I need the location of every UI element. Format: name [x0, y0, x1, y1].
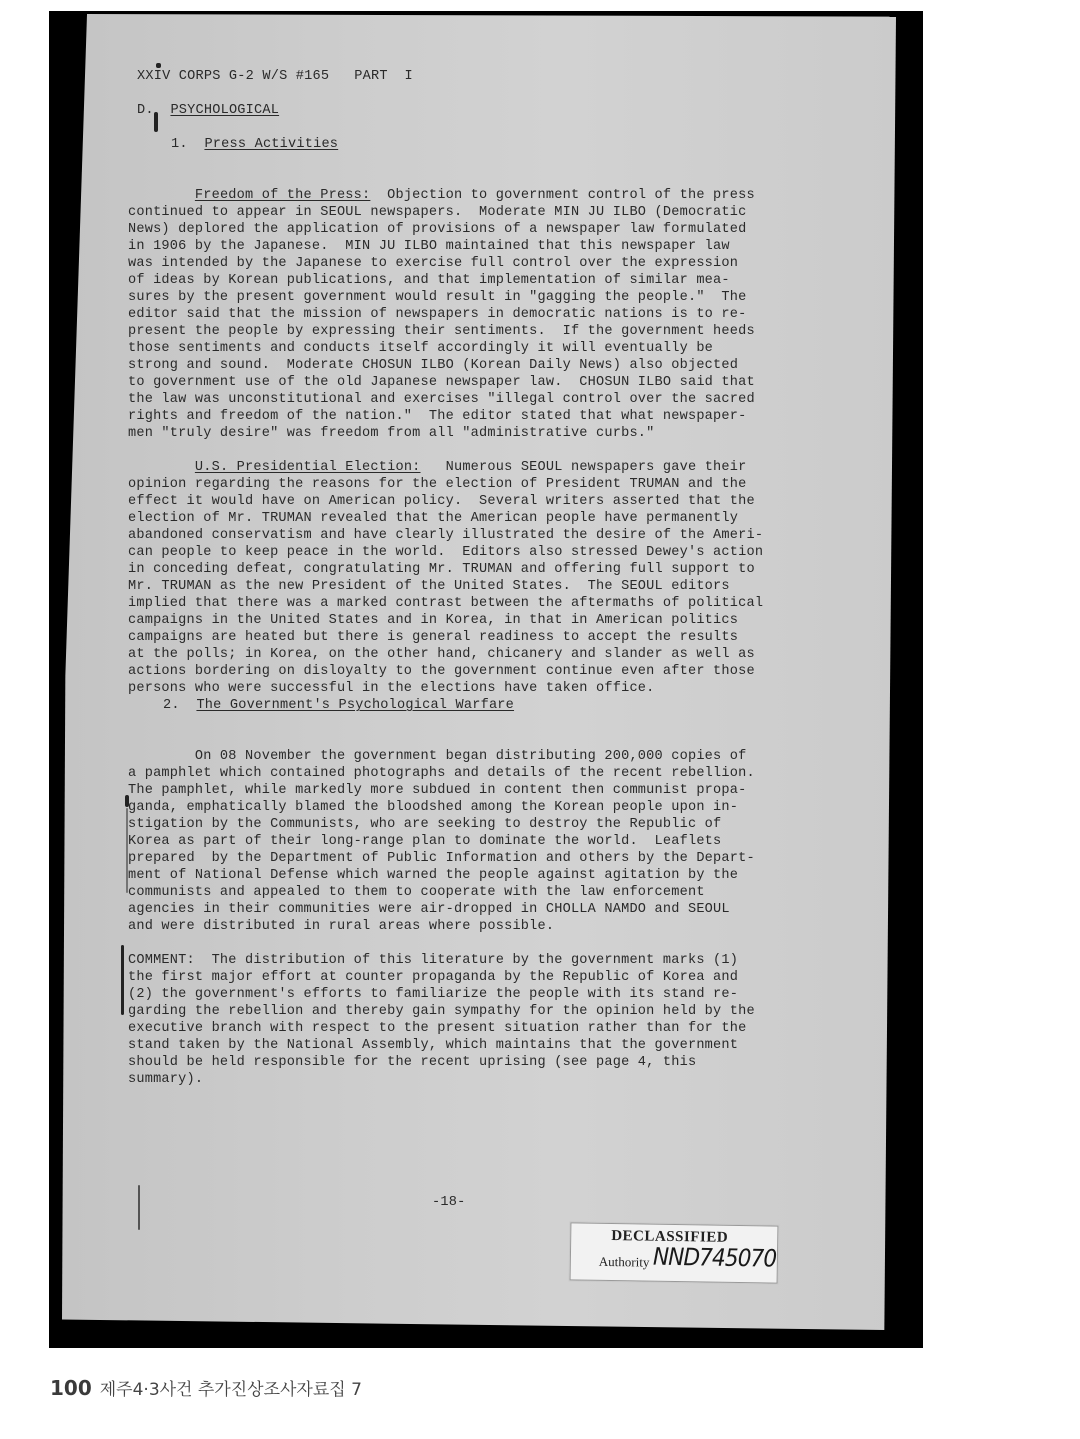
paragraph-line: The pamphlet, while markedly more subdue…: [128, 782, 755, 799]
paragraph-line: a pamphlet which contained photographs a…: [128, 765, 755, 782]
paragraph-line: Korea as part of their long-range plan t…: [128, 833, 755, 850]
declassified-stamp: DECLASSIFIED Authority NND745070: [570, 1222, 779, 1283]
margin-mark-bottom: [138, 1185, 140, 1230]
paragraph-line: to government use of the old Japanese ne…: [128, 374, 755, 391]
book-page-number: 100: [50, 1376, 92, 1400]
paragraph-line: at the polls; in Korea, on the other han…: [128, 646, 763, 663]
paragraph-line: in 1906 by the Japanese. MIN JU ILBO mai…: [128, 238, 755, 255]
section-label: D.: [137, 103, 154, 118]
paragraph-line: and were distributed in rural areas wher…: [128, 918, 755, 935]
paragraph-line: campaigns in the United States and in Ko…: [128, 612, 763, 629]
paragraph-line: the law was unconstitutional and exercis…: [128, 391, 755, 408]
paragraph-line: those sentiments and conducts itself acc…: [128, 340, 755, 357]
paragraph-line: implied that there was a marked contrast…: [128, 595, 763, 612]
paragraph-line: ganda, emphatically blamed the bloodshed…: [128, 799, 755, 816]
paragraph-line: garding the rebellion and thereby gain s…: [128, 1003, 755, 1020]
paragraph-line: can people to keep peace in the world. E…: [128, 544, 763, 561]
paragraph-line: executive branch with respect to the pre…: [128, 1020, 755, 1037]
margin-mark-lower: [121, 945, 124, 1015]
paragraph-line: persons who were successful in the elect…: [128, 680, 763, 697]
paragraph-line: rights and freedom of the nation." The e…: [128, 408, 755, 425]
paragraph-line: editor said that the mission of newspape…: [128, 306, 755, 323]
paragraph-line: sures by the present government would re…: [128, 289, 755, 306]
paragraph-psych-warfare: On 08 November the government began dist…: [128, 731, 755, 952]
paragraph-freedom-of-press: Freedom of the Press: Objection to gover…: [128, 170, 755, 459]
stamp-authority-label: Authority: [599, 1254, 650, 1271]
paragraph-line: communists and appealed to them to coope…: [128, 884, 755, 901]
paragraph-line: election of Mr. TRUMAN revealed that the…: [128, 510, 763, 527]
section-title: PSYCHOLOGICAL: [170, 103, 279, 118]
paragraph-line: was intended by the Japanese to exercise…: [128, 255, 755, 272]
paragraph-line: campaigns are heated but there is genera…: [128, 629, 763, 646]
paragraph-line: agencies in their communities were air-d…: [128, 901, 755, 918]
subsection-heading-2: 2. The Government's Psychological Warfar…: [163, 697, 514, 714]
paragraph-line: abandoned conservatism and have clearly …: [128, 527, 763, 544]
paragraph-line: stand taken by the National Assembly, wh…: [128, 1037, 755, 1054]
paragraph-line: the first major effort at counter propag…: [128, 969, 755, 986]
paragraph-line: effect it would have on American policy.…: [128, 493, 763, 510]
paragraph-line: actions bordering on disloyalty to the g…: [128, 663, 763, 680]
paragraph-line: COMMENT: The distribution of this litera…: [128, 952, 755, 969]
paragraph-line: Mr. TRUMAN as the new President of the U…: [128, 578, 763, 595]
paragraph-line: U.S. Presidential Election: Numerous SEO…: [128, 459, 763, 476]
stamp-authority-code: NND745070: [653, 1243, 777, 1273]
subsection-title: Press Activities: [204, 137, 338, 152]
section-heading: D. PSYCHOLOGICAL: [137, 102, 279, 119]
subsection-label: 2.: [163, 698, 180, 713]
book-title: 제주4·3사건 추가진상조사자료집 7: [100, 1380, 362, 1400]
paragraph-line: men "truly desire" was freedom from all …: [128, 425, 755, 442]
paragraph-line: in conceding defeat, congratulating Mr. …: [128, 561, 763, 578]
subsection-label: 1.: [171, 137, 188, 152]
book-footer: 100제주4·3사건 추가진상조사자료집 7: [50, 1375, 362, 1400]
paragraph-us-election: U.S. Presidential Election: Numerous SEO…: [128, 442, 763, 714]
paragraph-line: summary).: [128, 1071, 755, 1088]
paragraph-line: On 08 November the government began dist…: [128, 748, 755, 765]
paragraph-line: of ideas by Korean publications, and tha…: [128, 272, 755, 289]
paragraph-line: prepared by the Department of Public Inf…: [128, 850, 755, 867]
paragraph-line: Freedom of the Press: Objection to gover…: [128, 187, 755, 204]
paragraph-line: opinion regarding the reasons for the el…: [128, 476, 763, 493]
paragraph-line: present the people by expressing their s…: [128, 323, 755, 340]
paragraph-line: should be held responsible for the recen…: [128, 1054, 755, 1071]
paragraph-line: ment of National Defense which warned th…: [128, 867, 755, 884]
comment-paragraph: COMMENT: The distribution of this litera…: [128, 935, 755, 1105]
paragraph-line: News) deplored the application of provis…: [128, 221, 755, 238]
paragraph-line: stigation by the Communists, who are see…: [128, 816, 755, 833]
subsection-title: The Government's Psychological Warfare: [196, 698, 514, 713]
subsection-heading: 1. Press Activities: [171, 136, 338, 153]
paragraph-line: strong and sound. Moderate CHOSUN ILBO (…: [128, 357, 755, 374]
paragraph-line: continued to appear in SEOUL newspapers.…: [128, 204, 755, 221]
document-header: XXIV CORPS G-2 W/S #165 PART I: [137, 68, 413, 85]
document-page-number: -18-: [432, 1194, 465, 1211]
paragraph-line: (2) the government's efforts to familiar…: [128, 986, 755, 1003]
